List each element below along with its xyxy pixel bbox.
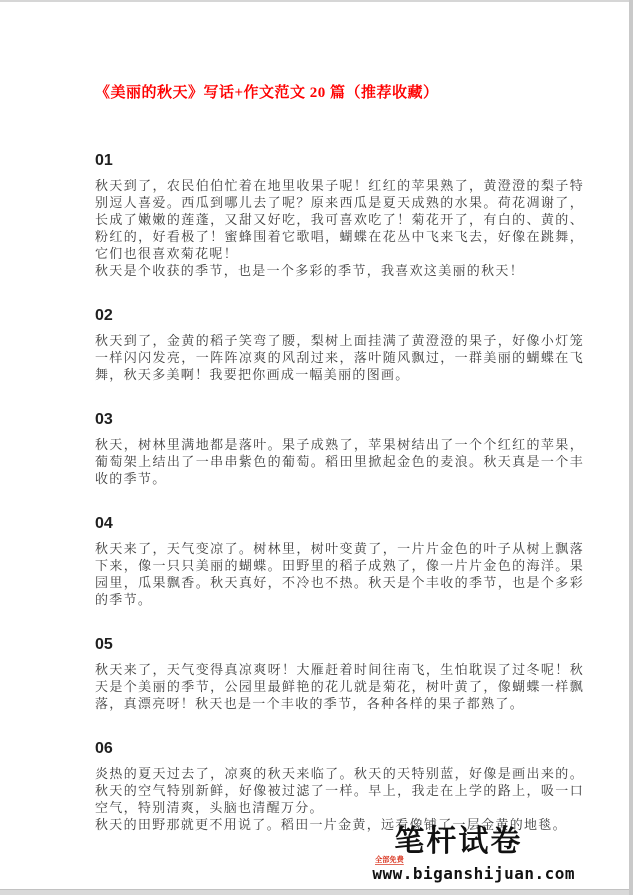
section-06: 06 炎热的夏天过去了，凉爽的秋天来临了。秋天的天特别蓝，好像是画出来的。秋天的… <box>95 739 584 833</box>
section-paragraph: 秋天来了，天气变得真凉爽呀！大雁赶着时间往南飞，生怕耽误了过冬呢！秋天是个美丽的… <box>95 661 584 712</box>
section-heading: 02 <box>95 306 584 325</box>
section-02: 02 秋天到了，金黄的稻子笑弯了腰，梨树上面挂满了黄澄澄的果子，好像小灯笼一样闪… <box>95 306 584 383</box>
watermark-logo-text: 笔杆试卷 <box>394 827 575 857</box>
section-01: 01 秋天到了，农民伯伯忙着在地里收果子呢！红红的苹果熟了，黄澄澄的梨子特别逗人… <box>95 151 584 279</box>
section-05: 05 秋天来了，天气变得真凉爽呀！大雁赶着时间往南飞，生怕耽误了过冬呢！秋天是个… <box>95 635 584 712</box>
document-page: 《美丽的秋天》写话+作文范文 20 篇（推荐收藏） 01 秋天到了，农民伯伯忙着… <box>0 0 633 895</box>
section-paragraph: 秋天到了，金黄的稻子笑弯了腰，梨树上面挂满了黄澄澄的果子，好像小灯笼一样闪闪发亮… <box>95 332 584 383</box>
section-paragraph: 秋天到了，农民伯伯忙着在地里收果子呢！红红的苹果熟了，黄澄澄的梨子特别逗人喜爱。… <box>95 177 584 262</box>
section-paragraph: 炎热的夏天过去了，凉爽的秋天来临了。秋天的天特别蓝，好像是画出来的。秋天的空气特… <box>95 765 584 816</box>
section-heading: 06 <box>95 739 584 758</box>
section-heading: 03 <box>95 410 584 429</box>
section-heading: 05 <box>95 635 584 654</box>
page-right-edge <box>629 0 633 895</box>
section-heading: 04 <box>95 514 584 533</box>
section-03: 03 秋天，树林里满地都是落叶。果子成熟了，苹果树结出了一个个红红的苹果，葡萄架… <box>95 410 584 487</box>
document-title: 《美丽的秋天》写话+作文范文 20 篇（推荐收藏） <box>95 85 584 102</box>
section-heading: 01 <box>95 151 584 170</box>
document-content: 《美丽的秋天》写话+作文范文 20 篇（推荐收藏） 01 秋天到了，农民伯伯忙着… <box>95 0 584 833</box>
section-04: 04 秋天来了，天气变凉了。树林里，树叶变黄了，一片片金色的叶子从树上飘落下来，… <box>95 514 584 608</box>
site-watermark: 笔杆试卷 全部免费 www.biganshijuan.com <box>372 827 575 883</box>
section-paragraph: 秋天来了，天气变凉了。树林里，树叶变黄了，一片片金色的叶子从树上飘落下来，像一只… <box>95 540 584 608</box>
watermark-free-badge: 全部免费 <box>375 857 404 865</box>
section-paragraph: 秋天，树林里满地都是落叶。果子成熟了，苹果树结出了一个个红红的苹果，葡萄架上结出… <box>95 436 584 487</box>
watermark-url: www.biganshijuan.com <box>372 865 575 883</box>
page-bottom-edge <box>0 889 633 895</box>
section-paragraph: 秋天是个收获的季节，也是一个多彩的季节，我喜欢这美丽的秋天！ <box>95 262 584 279</box>
